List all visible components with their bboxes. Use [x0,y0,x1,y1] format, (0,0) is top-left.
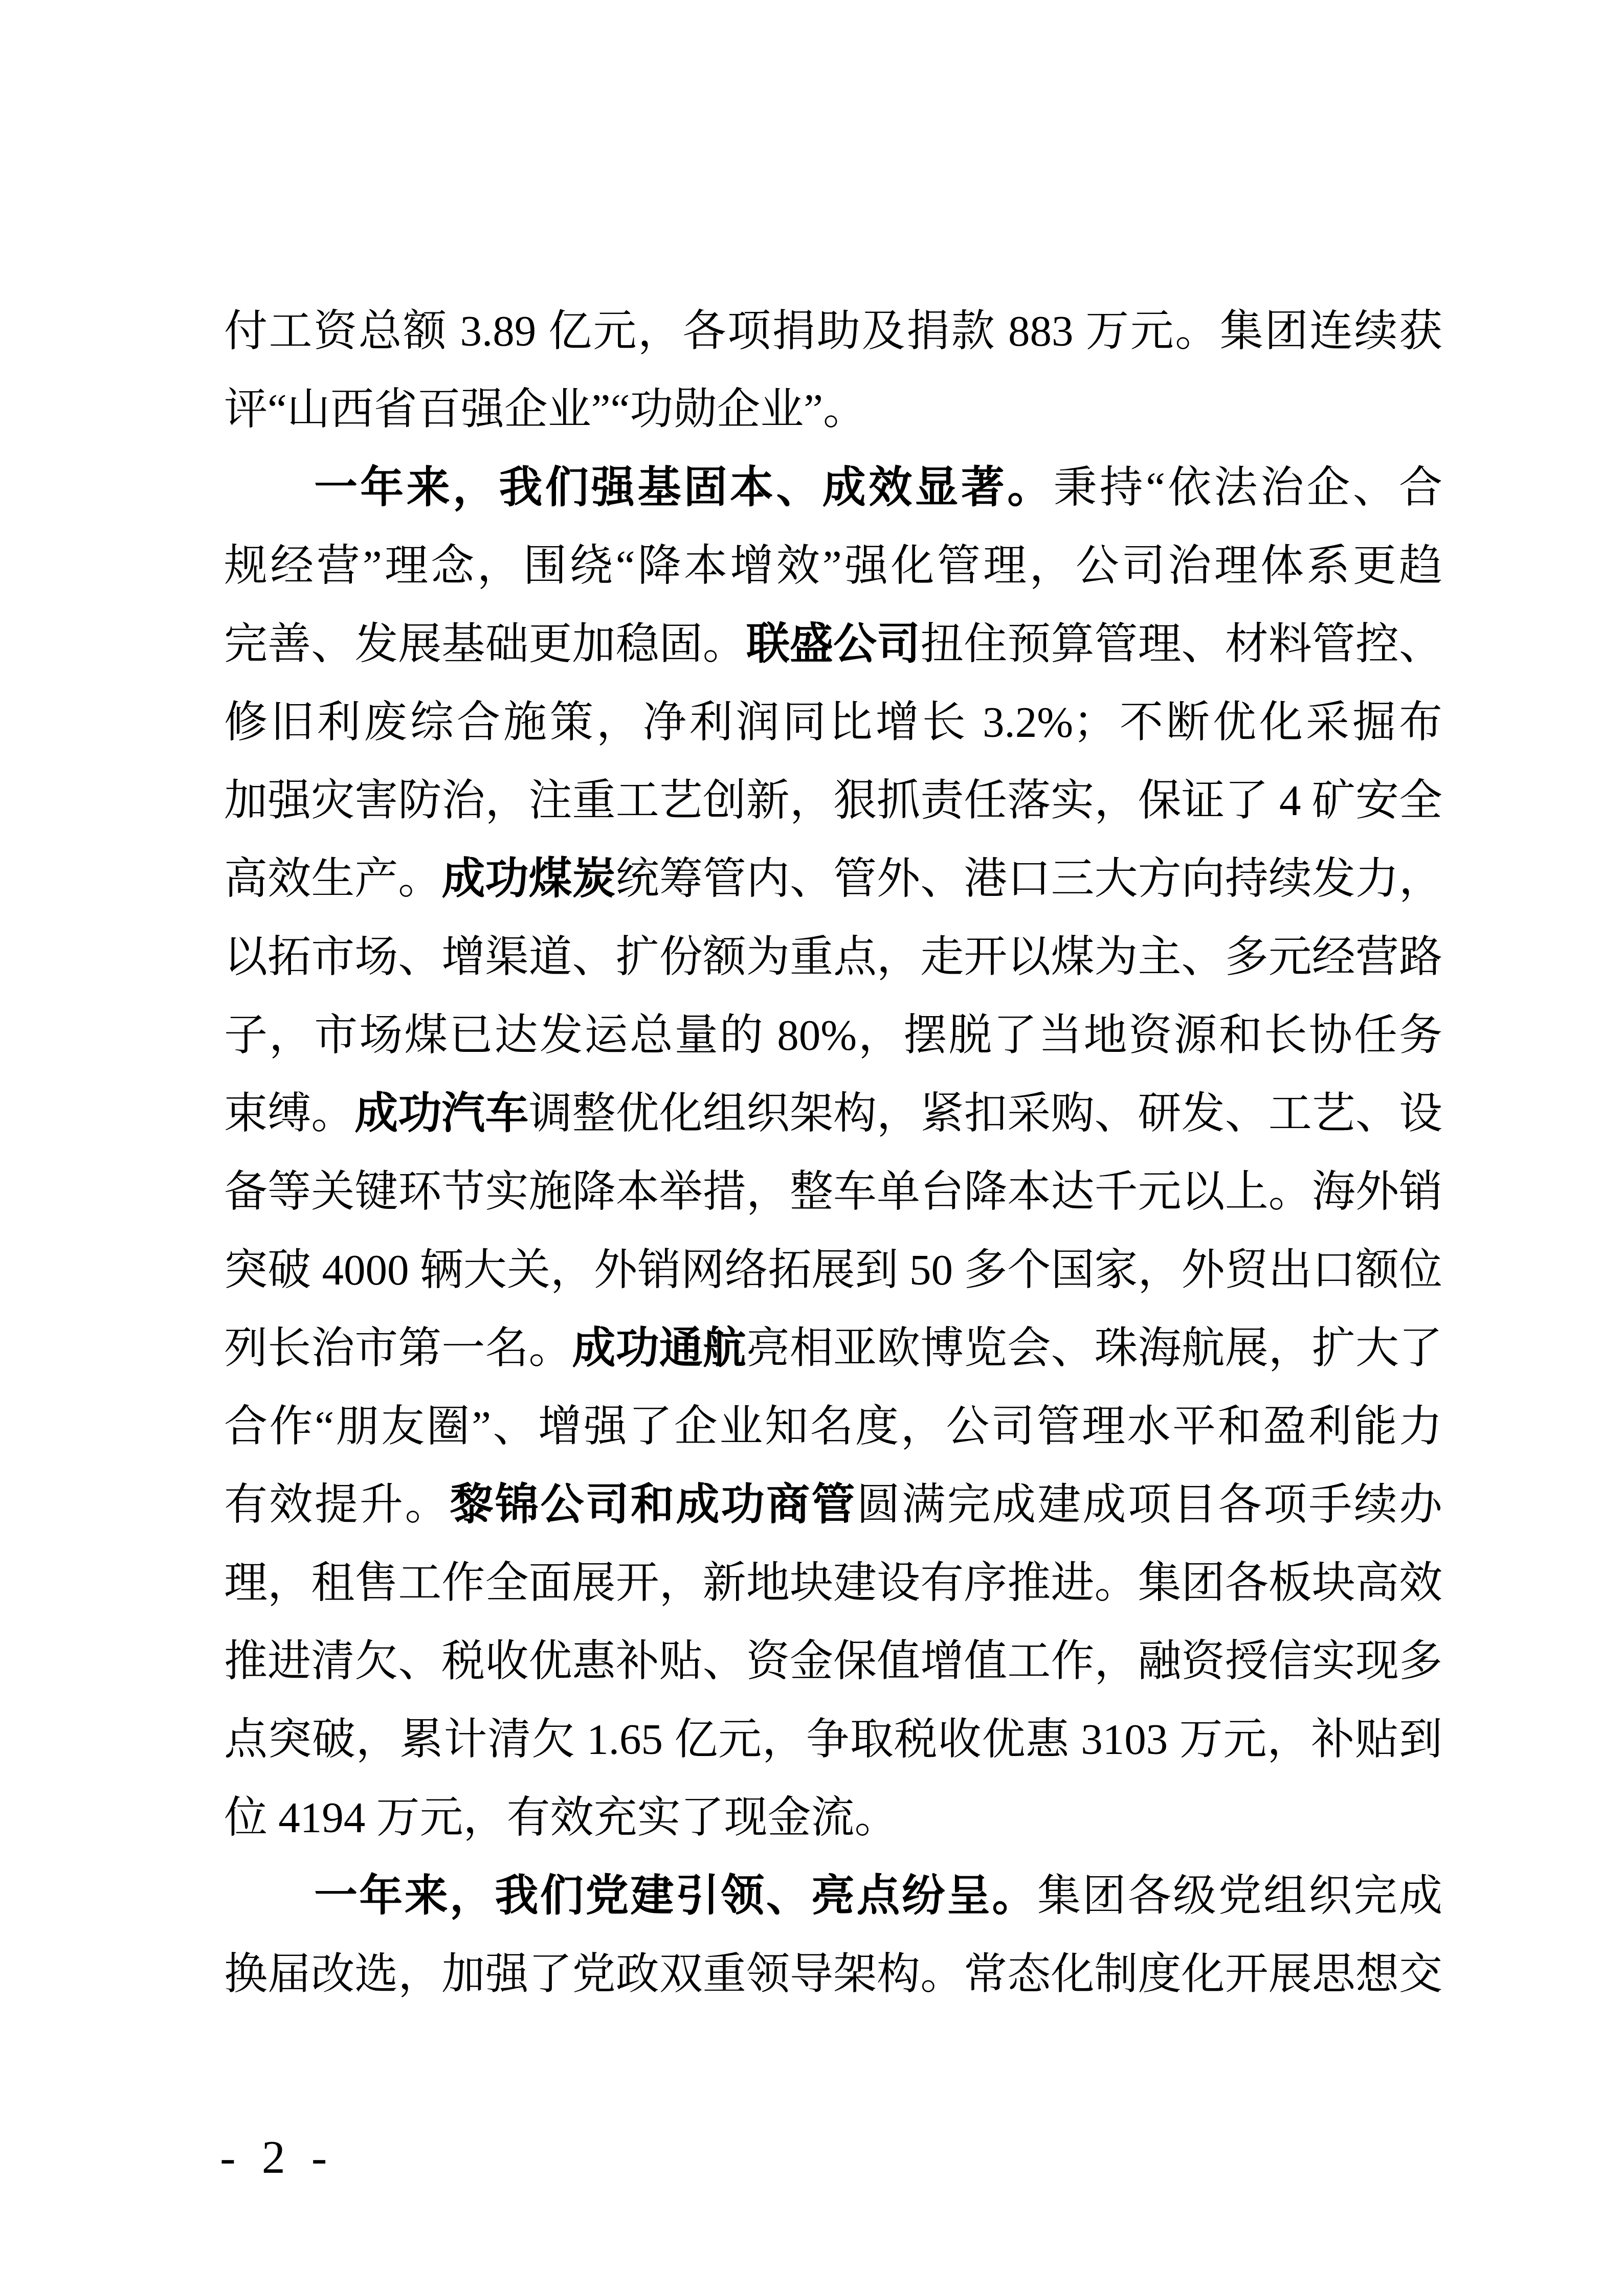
text-line: 推进清欠、税收优惠补贴、资金保值增值工作，融资授信实现多 [224,1623,1442,1701]
text-line: 一年来，我们强基固本、成效显著。秉持“依法治企、合 [224,449,1442,527]
text-run: 子，市场煤已达发运总量的 80%，摆脱了当地资源和长协任务的 [224,1011,1442,1075]
text-run: 付工资总额 3.89 亿元，各项捐助及捐款 883 万元。集团连续获 [224,307,1442,355]
text-run: 点突破，累计清欠 1.65 亿元，争取税收优惠 3103 万元，补贴到 [224,1716,1442,1764]
text-line: 评“山西省百强企业”“功勋企业”。 [224,371,1442,449]
text-run: 合作“朋友圈”、增强了企业知名度，公司管理水平和盈利能力 [224,1403,1442,1451]
text-run: 换届改选，加强了党政双重领导架构。常态化制度化开展思想交 [224,1950,1442,1998]
bold-text-run: 联盛公司 [746,620,920,668]
text-line: 位 4194 万元，有效充实了现金流。 [224,1779,1442,1857]
text-run: 列长治市第一名。 [224,1324,572,1372]
text-line: 点突破，累计清欠 1.65 亿元，争取税收优惠 3103 万元，补贴到 [224,1701,1442,1779]
text-run: 统筹管内、管外、港口三大方向持续发力， [616,855,1442,903]
text-run: 秉持“依法治企、合 [1054,464,1442,512]
text-run: 以拓市场、增渠道、扩份额为重点，走开以煤为主、多元经营路 [224,933,1442,981]
text-run: 圆满完成建成项目各项手续办 [857,1481,1442,1529]
text-run: 扭住预算管理、材料管控、 [920,620,1442,668]
page-number: - 2 - [220,2131,334,2182]
bold-text-run: 成功煤炭 [441,855,615,903]
text-run: 规经营”理念，围绕“降本增效”强化管理，公司治理体系更趋 [224,542,1442,590]
bold-text-run: 一年来，我们党建引领、亮点纷呈。 [314,1872,1037,1920]
text-line: 规经营”理念，围绕“降本增效”强化管理，公司治理体系更趋 [224,527,1442,605]
text-line: 突破 4000 辆大关，外销网络拓展到 50 多个国家，外贸出口额位 [224,1231,1442,1310]
text-line: 修旧利废综合施策，净利润同比增长 3.2%；不断优化采掘布局， [224,684,1442,762]
bold-text-run: 成功汽车 [354,1090,528,1138]
text-line: 付工资总额 3.89 亿元，各项捐助及捐款 883 万元。集团连续获 [224,292,1442,371]
text-line: 备等关键环节实施降本举措，整车单台降本达千元以上。海外销售 [224,1153,1442,1231]
text-run: 亮相亚欧博览会、珠海航展，扩大了 [746,1324,1442,1372]
bold-text-run: 成功通航 [572,1324,746,1372]
text-run: 调整优化组织架构，紧扣采购、研发、工艺、设 [529,1090,1442,1138]
text-line: 换届改选，加强了党政双重领导架构。常态化制度化开展思想交 [224,1935,1442,2014]
text-line: 理，租售工作全面展开，新地块建设有序推进。集团各板块高效 [224,1544,1442,1623]
text-run: 完善、发展基础更加稳固。 [224,620,746,668]
text-line: 束缚。成功汽车调整优化组织架构，紧扣采购、研发、工艺、设 [224,1075,1442,1153]
text-line: 一年来，我们党建引领、亮点纷呈。集团各级党组织完成 [224,1857,1442,1935]
text-run: 评“山西省百强企业”“功勋企业”。 [224,386,866,434]
text-run: 高效生产。 [224,855,441,903]
text-line: 以拓市场、增渠道、扩份额为重点，走开以煤为主、多元经营路 [224,918,1442,997]
text-run: 突破 4000 辆大关，外销网络拓展到 50 多个国家，外贸出口额位 [224,1246,1442,1294]
bold-text-run: 黎锦公司和成功商管 [450,1481,857,1529]
document-body: 付工资总额 3.89 亿元，各项捐助及捐款 883 万元。集团连续获评“山西省百… [224,292,1442,2014]
text-line: 高效生产。成功煤炭统筹管内、管外、港口三大方向持续发力， [224,840,1442,918]
text-line: 加强灾害防治，注重工艺创新，狠抓责任落实，保证了 4 矿安全 [224,762,1442,840]
text-run: 备等关键环节实施降本举措，整车单台降本达千元以上。海外销售 [224,1168,1442,1231]
text-run: 推进清欠、税收优惠补贴、资金保值增值工作，融资授信实现多 [224,1637,1442,1685]
text-line: 列长治市第一名。成功通航亮相亚欧博览会、珠海航展，扩大了 [224,1310,1442,1388]
text-run: 理，租售工作全面展开，新地块建设有序推进。集团各板块高效 [224,1559,1442,1607]
text-run: 位 4194 万元，有效充实了现金流。 [224,1794,898,1842]
text-line: 合作“朋友圈”、增强了企业知名度，公司管理水平和盈利能力 [224,1388,1442,1466]
bold-text-run: 一年来，我们强基固本、成效显著。 [314,464,1054,512]
text-run: 束缚。 [224,1090,354,1138]
text-run: 有效提升。 [224,1481,450,1529]
document-page: 付工资总额 3.89 亿元，各项捐助及捐款 883 万元。集团连续获评“山西省百… [0,0,1624,2296]
text-run: 加强灾害防治，注重工艺创新，狠抓责任落实，保证了 4 矿安全 [224,777,1442,825]
text-run: 集团各级党组织完成 [1037,1872,1442,1920]
text-line: 有效提升。黎锦公司和成功商管圆满完成建成项目各项手续办 [224,1466,1442,1544]
text-line: 子，市场煤已达发运总量的 80%，摆脱了当地资源和长协任务的 [224,997,1442,1075]
text-run: 修旧利废综合施策，净利润同比增长 3.2%；不断优化采掘布局， [224,699,1442,762]
text-line: 完善、发展基础更加稳固。联盛公司扭住预算管理、材料管控、 [224,605,1442,684]
